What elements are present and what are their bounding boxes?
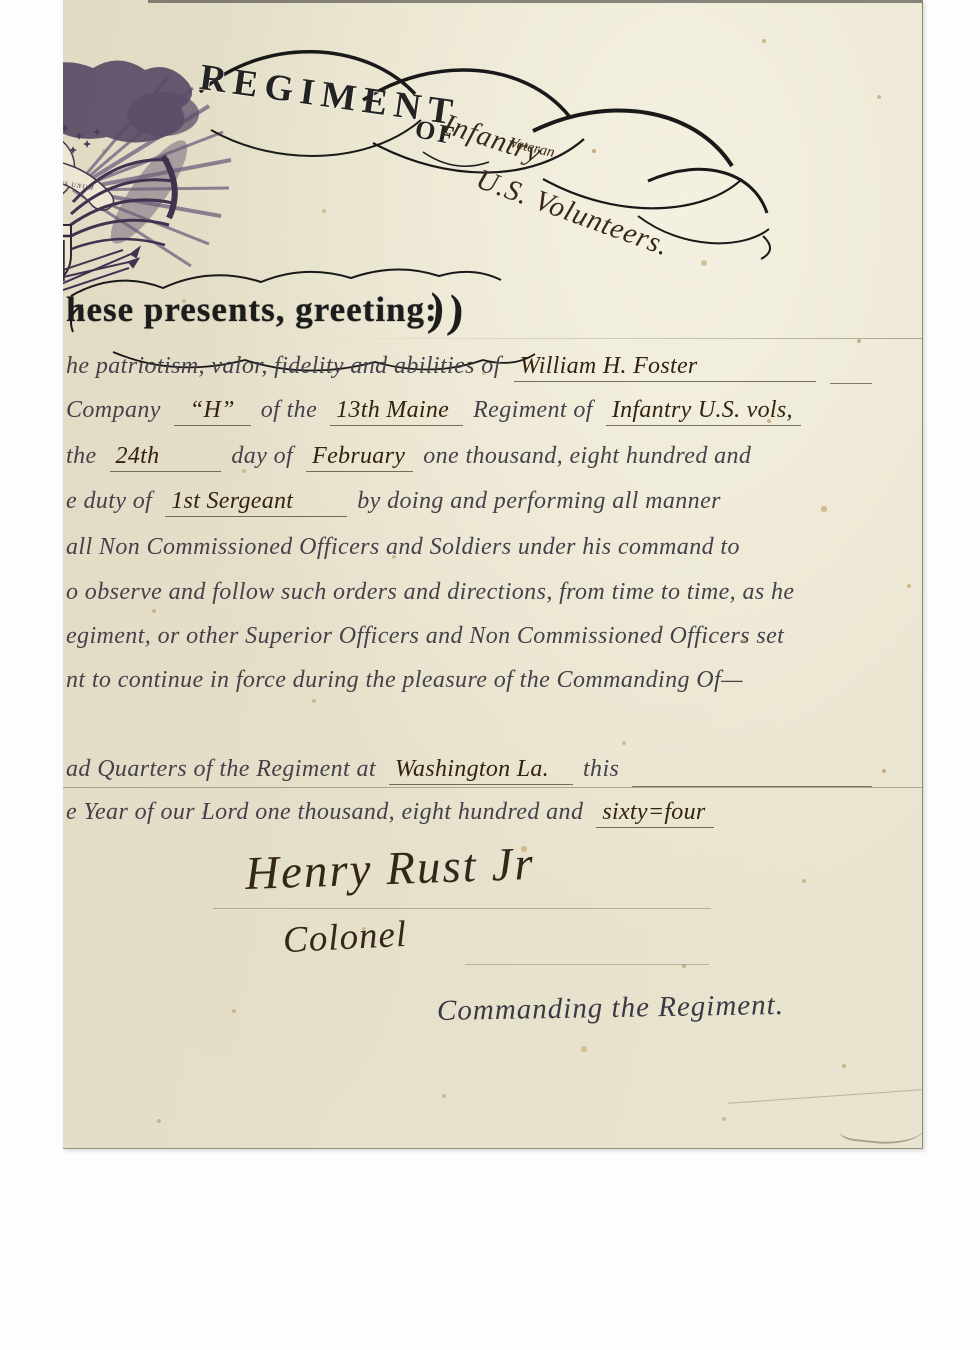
printed-text: egiment, or other Superior Officers and … [66,623,784,650]
printed-text: e Year of our Lord one thousand, eight h… [66,799,583,826]
body-line-8: nt to continue in force during the pleas… [66,667,872,704]
signature-role: Commanding the Regiment. [437,989,785,1028]
printed-text: day of [231,443,293,470]
printed-text: one thousand, eight hundred and [423,443,751,470]
paper-sheet: E PLURIBUS UNUM [63,0,923,1149]
handwritten-fill-day: 24th [110,443,222,472]
handwritten-fill-name: William H. Foster [514,353,816,382]
printed-text: of the [261,397,317,424]
printed-text: Regiment of [473,397,593,424]
body-line-5: all Non Commissioned Officers and Soldie… [66,534,872,571]
blank-rule [830,383,872,384]
printed-text: all Non Commissioned Officers and Soldie… [66,534,740,561]
printed-text: ad Quarters of the Regiment at [66,756,376,783]
body-line-3: the 24th day of February one thousand, e… [66,443,872,480]
signature-rank: Colonel [282,913,408,962]
handwritten-fill-rank: 1st Sergeant [165,488,347,517]
printed-text: e duty of [66,488,152,515]
scanned-document-page: E PLURIBUS UNUM [0,0,980,1350]
printed-text: the [66,443,97,470]
body-line-7: egiment, or other Superior Officers and … [66,623,872,660]
signature-name: Henry Rust Jr [244,837,535,901]
printed-text: he patriotism, valor, fidelity and abili… [66,353,501,380]
corner-fold-mark [839,1104,923,1149]
printed-text: this [583,756,619,783]
handwritten-fill-year: sixty=four [596,799,713,828]
signature-rank-rule [465,964,709,965]
salutation-bracket-flourish: )) [426,282,470,339]
body-line-4: e duty of 1st Sergeant by doing and perf… [66,488,872,525]
handwritten-fill-regiment-number: 13th Maine [330,397,463,426]
handwritten-fill-branch: Infantry U.S. vols, [606,397,801,426]
body-line-1: he patriotism, valor, fidelity and abili… [66,353,872,390]
fold-crease [63,787,922,788]
handwritten-fill-company: “H” [174,397,251,426]
body-line-6: o observe and follow such orders and dir… [66,579,872,616]
fold-crease [323,338,922,339]
body-line-2: Company “H” of the 13th Maine Regiment o… [66,397,872,434]
printed-text: Company [66,397,161,424]
handwritten-fill-month: February [306,443,413,472]
signature-rule [213,908,711,909]
printed-text: o observe and follow such orders and dir… [66,579,794,606]
handwritten-fill-place: Washington La. [389,756,573,785]
printed-text: nt to continue in force during the pleas… [66,667,743,694]
salutation-blackletter: hese presents, greeting: [66,290,438,330]
printed-text: by doing and performing all manner [357,488,721,515]
fold-crease [728,1089,922,1104]
body-line-10: e Year of our Lord one thousand, eight h… [66,799,872,836]
